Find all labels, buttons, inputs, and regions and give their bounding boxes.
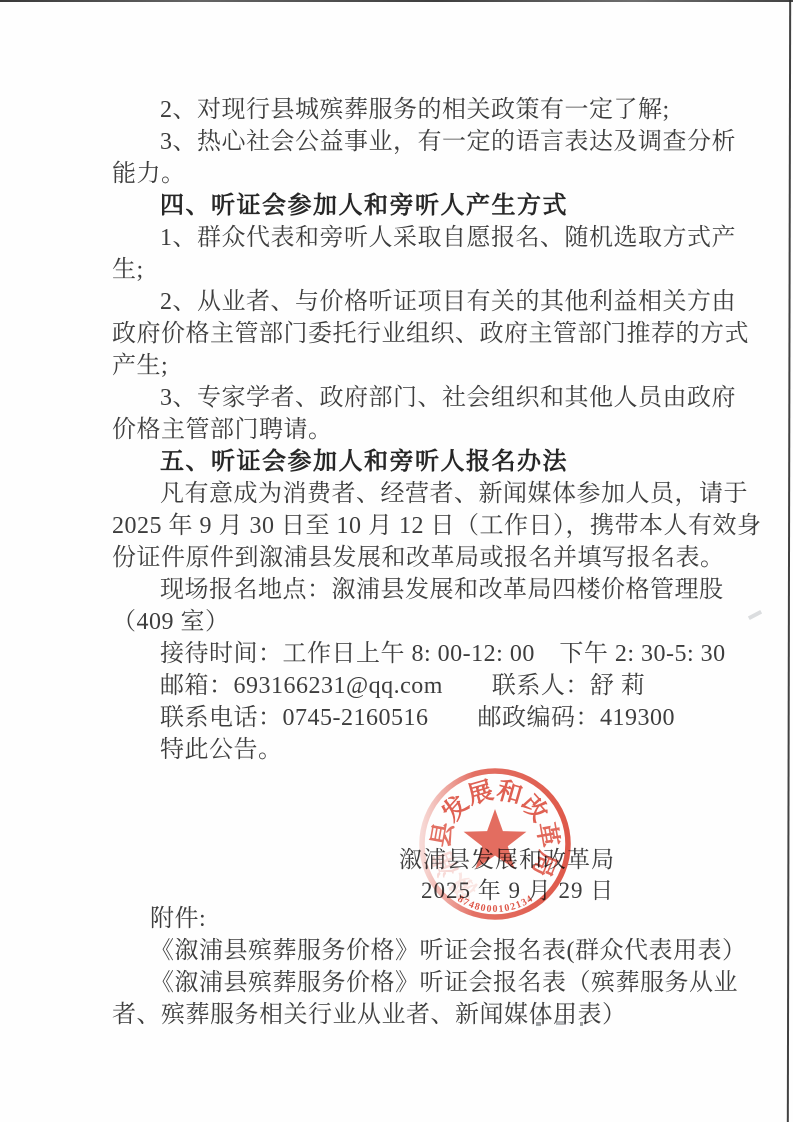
doc-line: 3、专家学者、政府部门、社会组织和其他人员由政府 [112,382,743,414]
doc-line: 现场报名地点：溆浦县发展和改革局四楼价格管理股 [112,574,743,606]
official-seal: 溆 浦 县 发 展 和 改 革 局 4 3 1 2 0 1 0 0 0 8 4 … [417,766,573,922]
doc-line: 生; [112,254,743,286]
doc-line: （409 室） [112,606,743,638]
doc-line: 价格主管部门聘请。 [112,414,743,446]
email-contact-line: 邮箱：693166231@qq.com 联系人：舒 莉 [112,670,743,702]
section-heading-4: 四、听证会参加人和旁听人产生方式 [112,190,743,222]
doc-line: 份证件原件到溆浦县发展和改革局或报名并填写报名表。 [112,542,743,574]
section-heading-5: 五、听证会参加人和旁听人报名办法 [112,446,743,478]
svg-text:局: 局 [526,847,561,881]
doc-line: 2、对现行县城殡葬服务的相关政策有一定了解; [112,94,743,126]
reception-time-line: 接待时间：工作日上午 8: 00-12: 00 下午 2: 30-5: 30 [112,638,743,670]
doc-line: 凡有意成为消费者、经营者、新闻媒体参加人员，请于 [112,478,743,510]
doc-line: 能力。 [112,158,743,190]
attachment-section: 附件: 《溆浦县殡葬服务价格》听证会报名表(群众代表用表） 《溆浦县殡葬服务价格… [112,903,753,1031]
doc-line: 产生; [112,350,743,382]
doc-line: 1、群众代表和旁听人采取自愿报名、随机选取方式产 [112,222,743,254]
scanned-notice-page: 2、对现行县城殡葬服务的相关政策有一定了解; 3、热心社会公益事业，有一定的语言… [0,0,793,1122]
doc-line: 2、从业者、与价格听证项目有关的其他利益相关方由 [112,286,743,318]
phone-postcode-line: 联系电话：0745-2160516 邮政编码：419300 [112,702,743,734]
attachment-label: 附件: [112,903,753,935]
closing-line: 特此公告。 [112,734,743,766]
scan-edge-right-artifact [787,0,791,1122]
attachment-item: 者、殡葬服务相关行业从业者、新闻媒体用表） [112,999,753,1031]
doc-line: 3、热心社会公益事业，有一定的语言表达及调查分析 [112,126,743,158]
scan-edge-top-artifact [0,0,793,2]
scan-smudge-artifact [748,610,762,620]
notice-body: 2、对现行县城殡葬服务的相关政策有一定了解; 3、热心社会公益事业，有一定的语言… [112,94,743,766]
seal-star-icon [464,809,527,869]
doc-line: 政府价格主管部门委托行业组织、政府主管部门推荐的方式 [112,318,743,350]
svg-text:革: 革 [531,820,563,849]
attachment-item: 《溆浦县殡葬服务价格》听证会报名表(群众代表用表） [112,935,753,967]
doc-line: 2025 年 9 月 30 日至 10 月 12 日（工作日），携带本人有效身 [112,510,743,542]
attachment-item: 《溆浦县殡葬服务价格》听证会报名表（殡葬服务从业 [112,967,753,999]
